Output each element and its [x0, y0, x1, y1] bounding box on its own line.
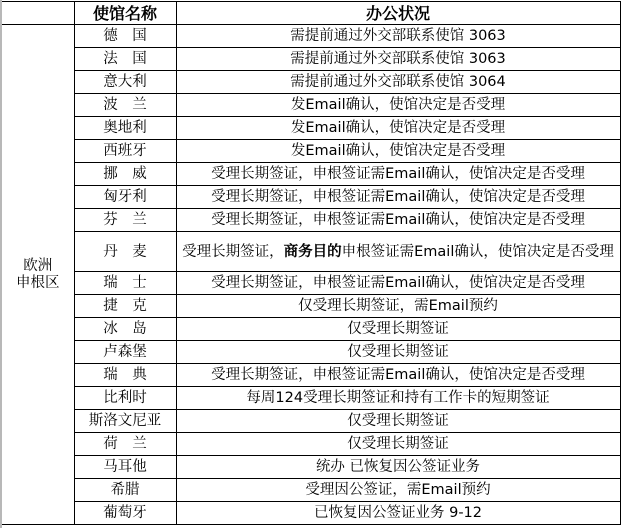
status-cell[interactable]: 受理长期签证，申根签证需Email确认，使馆决定是否受理: [176, 272, 620, 295]
table-row: 奥地利 发Email确认，使馆决定是否受理: [2, 117, 620, 140]
status-cell[interactable]: 受理长期签证，商务目的申根签证需Email确认，使馆决定是否受理: [176, 232, 620, 272]
embassy-name-cell[interactable]: 丹 麦: [74, 232, 176, 272]
embassy-name-cell[interactable]: 奥地利: [74, 117, 176, 140]
status-cell[interactable]: 受理长期签证，申根签证需Email确认，使馆决定是否受理: [176, 209, 620, 232]
status-cell[interactable]: 受理因公签证，需Email预约: [176, 479, 620, 502]
status-cell[interactable]: 受理长期签证，申根签证需Email确认，使馆决定是否受理: [176, 163, 620, 186]
status-text-pre: 受理长期签证，: [182, 244, 284, 260]
embassy-name-cell[interactable]: 意大利: [74, 71, 176, 94]
table-row: 欧洲 申根区 德 国 需提前通过外交部联系使馆 3063: [2, 25, 620, 48]
table-row: 瑞 典 受理长期签证，申根签证需Email确认，使馆决定是否受理: [2, 364, 620, 387]
embassy-name-cell[interactable]: 卢森堡: [74, 341, 176, 364]
status-cell[interactable]: 受理长期签证，申根签证需Email确认，使馆决定是否受理: [176, 186, 620, 209]
status-cell[interactable]: 发Email确认，使馆决定是否受理: [176, 140, 620, 163]
region-cell-europe-schengen[interactable]: 欧洲 申根区: [2, 25, 74, 525]
embassy-name-cell[interactable]: 比利时: [74, 387, 176, 410]
status-cell[interactable]: 需提前通过外交部联系使馆 3064: [176, 71, 620, 94]
table-row: 波 兰 发Email确认，使馆决定是否受理: [2, 94, 620, 117]
status-cell[interactable]: 需提前通过外交部联系使馆 3063: [176, 25, 620, 48]
table-row: 马耳他 统办 已恢复因公签证业务: [2, 456, 620, 479]
embassy-name-cell[interactable]: 挪 威: [74, 163, 176, 186]
table-row: 希腊 受理因公签证，需Email预约: [2, 479, 620, 502]
embassy-name-cell[interactable]: 芬 兰: [74, 209, 176, 232]
table-row: 丹 麦 受理长期签证，商务目的申根签证需Email确认，使馆决定是否受理: [2, 232, 620, 272]
embassy-status-table: 使馆名称 办公状况 欧洲 申根区 德 国 需提前通过外交部联系使馆 3063 法…: [2, 1, 621, 525]
table-row: 匈牙利 受理长期签证，申根签证需Email确认，使馆决定是否受理: [2, 186, 620, 209]
embassy-name-cell[interactable]: 德 国: [74, 25, 176, 48]
table-row: 卢森堡 仅受理长期签证: [2, 341, 620, 364]
header-office-status[interactable]: 办公状况: [176, 2, 620, 25]
embassy-name-cell[interactable]: 葡萄牙: [74, 502, 176, 525]
embassy-name-cell[interactable]: 捷 克: [74, 295, 176, 318]
embassy-name-cell[interactable]: 法 国: [74, 48, 176, 71]
table-row: 瑞 士 受理长期签证，申根签证需Email确认，使馆决定是否受理: [2, 272, 620, 295]
embassy-name-cell[interactable]: 西班牙: [74, 140, 176, 163]
table-row: 葡萄牙 已恢复因公签证业务 9-12: [2, 502, 620, 525]
status-text-bold: 商务目的: [284, 244, 342, 260]
header-embassy-name[interactable]: 使馆名称: [74, 2, 176, 25]
table-row: 意大利 需提前通过外交部联系使馆 3064: [2, 71, 620, 94]
table-row: 冰 岛 仅受理长期签证: [2, 318, 620, 341]
embassy-name-cell[interactable]: 瑞 士: [74, 272, 176, 295]
region-line-1: 欧洲: [23, 258, 52, 274]
table-row: 斯洛文尼亚 仅受理长期签证: [2, 410, 620, 433]
status-cell[interactable]: 仅受理长期签证，需Email预约: [176, 295, 620, 318]
status-cell[interactable]: 仅受理长期签证: [176, 318, 620, 341]
status-cell[interactable]: 需提前通过外交部联系使馆 3063: [176, 48, 620, 71]
embassy-name-cell[interactable]: 希腊: [74, 479, 176, 502]
region-line-2: 申根区: [16, 275, 60, 291]
table-row: 荷 兰 仅受理长期签证: [2, 433, 620, 456]
embassy-name-cell[interactable]: 斯洛文尼亚: [74, 410, 176, 433]
status-text-post: 申根签证需Email确认，使馆决定是否受理: [342, 244, 614, 260]
header-region-cell[interactable]: [2, 2, 74, 25]
table-row: 比利时 每周124受理长期签证和持有工作卡的短期签证: [2, 387, 620, 410]
table-row: 捷 克 仅受理长期签证，需Email预约: [2, 295, 620, 318]
header-row: 使馆名称 办公状况: [2, 2, 620, 25]
status-cell[interactable]: 受理长期签证，申根签证需Email确认，使馆决定是否受理: [176, 364, 620, 387]
status-cell[interactable]: 已恢复因公签证业务 9-12: [176, 502, 620, 525]
embassy-name-cell[interactable]: 瑞 典: [74, 364, 176, 387]
embassy-name-cell[interactable]: 波 兰: [74, 94, 176, 117]
embassy-name-cell[interactable]: 马耳他: [74, 456, 176, 479]
table-row: 西班牙 发Email确认，使馆决定是否受理: [2, 140, 620, 163]
table-row: 法 国 需提前通过外交部联系使馆 3063: [2, 48, 620, 71]
table-row: 挪 威 受理长期签证，申根签证需Email确认，使馆决定是否受理: [2, 163, 620, 186]
embassy-name-cell[interactable]: 冰 岛: [74, 318, 176, 341]
embassy-name-cell[interactable]: 荷 兰: [74, 433, 176, 456]
status-cell[interactable]: 每周124受理长期签证和持有工作卡的短期签证: [176, 387, 620, 410]
status-cell[interactable]: 仅受理长期签证: [176, 410, 620, 433]
status-cell[interactable]: 仅受理长期签证: [176, 341, 620, 364]
table-row: 芬 兰 受理长期签证，申根签证需Email确认，使馆决定是否受理: [2, 209, 620, 232]
embassy-name-cell[interactable]: 匈牙利: [74, 186, 176, 209]
status-cell[interactable]: 发Email确认，使馆决定是否受理: [176, 117, 620, 140]
status-cell[interactable]: 统办 已恢复因公签证业务: [176, 456, 620, 479]
status-cell[interactable]: 发Email确认，使馆决定是否受理: [176, 94, 620, 117]
status-cell[interactable]: 仅受理长期签证: [176, 433, 620, 456]
